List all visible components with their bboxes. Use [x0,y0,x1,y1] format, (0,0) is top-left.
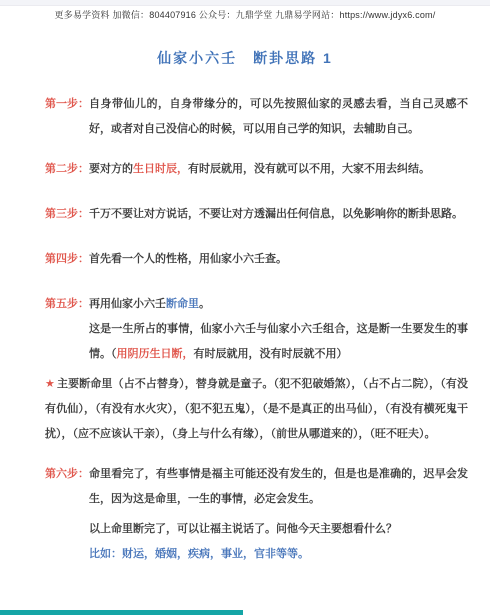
step-5-detail: 这是一生所占的事情，仙家小六壬与仙家小六壬组合，这是断一生要发生的事情。（用阴历… [89,317,468,367]
step-4-label: 第四步： [45,247,89,272]
step-2-label: 第二步： [45,157,89,182]
step-5-highlight: 断命里 [166,298,199,310]
step-2-highlight: 生日时辰， [133,163,188,175]
step-3-label: 第三步： [45,202,89,227]
step-6-text: 命里看完了，有些事情是福主可能还没有发生的，但是也是准确的，迟早会发生，因为这是… [89,462,468,512]
step-5-text-pre: 再用仙家小六壬 [89,298,166,310]
window-top-edge [0,0,490,6]
star-icon: ★ [45,378,55,390]
step-1-text: 自身带仙儿的，自身带缘分的，可以先按照仙家的灵感去看，当自己灵感不好，或者对自己… [89,98,468,135]
step-4-paragraph: 第四步： 首先看一个人的性格，用仙家小六壬查。 [45,247,468,272]
document-page: 更多易学资料 加微信：804407916 公众号：九鼎学堂 九鼎易学网站：htt… [0,0,490,615]
step-5-paragraph: 第五步： 再用仙家小六壬断命里。 这是一生所占的事情，仙家小六壬与仙家小六壬组合… [45,292,468,367]
step-5-detail-red: 用阴历生日断， [117,348,194,360]
step-6-label: 第六步： [45,462,89,487]
page-title: 仙家小六壬 断卦思路 1 [0,48,490,68]
step-2-text-post: 有时辰就用，没有就可以不用，大家不用去纠结。 [188,163,430,175]
step-1-paragraph: 第一步： 自身带仙儿的，自身带缘分的，可以先按照仙家的灵感去看，当自己灵感不好，… [45,92,468,142]
step-1-label: 第一步： [45,92,89,117]
step-5-text-post: 。 [199,298,210,310]
header-contact-note: 更多易学资料 加微信：804407916 公众号：九鼎学堂 九鼎易学网站：htt… [0,8,490,21]
step-2-text-pre: 要对方的 [89,163,133,175]
step-2-paragraph: 第二步： 要对方的生日时辰，有时辰就用，没有就可以不用，大家不用去纠结。 [45,157,468,182]
bottom-teal-bar [0,610,243,615]
star-note-paragraph: ★主要断命里（占不占替身），替身就是童子。（犯不犯破婚煞），（占不占二院），（有… [45,372,468,447]
step-6-paragraph: 第六步： 命里看完了，有些事情是福主可能还没有发生的，但是也是准确的，迟早会发生… [45,462,468,567]
step-5-first-line: 再用仙家小六壬断命里。 [89,292,468,317]
step-3-paragraph: 第三步： 千万不要让对方说话，不要让对方透漏出任何信息，以免影响你的断卦思路。 [45,202,468,227]
step-3-text: 千万不要让对方说话，不要让对方透漏出任何信息，以免影响你的断卦思路。 [89,208,463,220]
step-6-line2: 以上命里断完了，可以让福主说话了。问他今天主要想看什么？ [89,517,468,542]
step-5-label: 第五步： [45,292,89,317]
step-6-examples: 比如：财运，婚姻，疾病，事业，官非等等。 [89,542,468,567]
step-4-text: 首先看一个人的性格，用仙家小六壬查。 [89,253,287,265]
step-5-detail-post: 有时辰就用，没有时辰就不用） [194,348,348,360]
document-body: 第一步： 自身带仙儿的，自身带缘分的，可以先按照仙家的灵感去看，当自己灵感不好，… [45,92,468,567]
star-note-text: 主要断命里（占不占替身），替身就是童子。（犯不犯破婚煞），（占不占二院），（有没… [45,378,468,440]
